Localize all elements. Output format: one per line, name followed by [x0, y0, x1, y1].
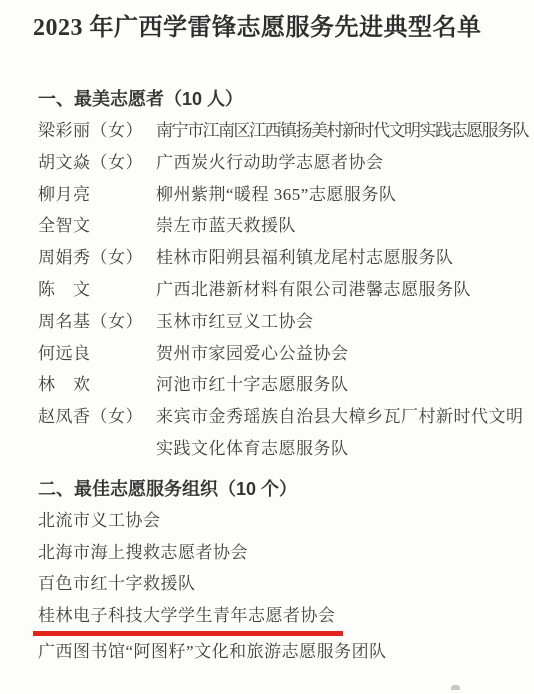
list-item: 百色市红十字救援队 [38, 568, 196, 600]
volunteer-organization: 广西北港新材料有限公司港馨志愿服务队 [156, 274, 471, 306]
volunteer-name: 胡文焱（女） [38, 147, 156, 179]
volunteer-organization: 广西炭火行动助学志愿者协会 [156, 147, 384, 179]
section2-heading: 二、最佳志愿服务组织（10 个） [38, 473, 534, 505]
table-row: 陈 文 广西北港新材料有限公司港馨志愿服务队 [38, 274, 534, 306]
volunteer-organization: 桂林市阳朔县福利镇龙尾村志愿服务队 [156, 242, 454, 274]
volunteer-organization: 河池市红十字志愿服务队 [156, 369, 349, 401]
volunteer-name: 何远良 [38, 338, 156, 370]
volunteer-name: 赵凤香（女） [38, 401, 156, 433]
highlighted-organization-label: 桂林电子科技大学学生青年志愿者协会 [38, 606, 336, 625]
volunteer-name: 柳月亮 [38, 179, 156, 211]
volunteer-roster: 梁彩丽（女） 南宁市江南区江西镇扬美村新时代文明实践志愿服务队 胡文焱（女） 广… [38, 115, 534, 465]
volunteer-organization: 玉林市红豆义工协会 [156, 306, 314, 338]
volunteer-organization-wrap-line: 实践文化体育志愿服务队 [156, 433, 534, 465]
volunteer-organization: 柳州紫荆“暖程 365”志愿服务队 [156, 179, 396, 211]
volunteer-name: 陈 文 [38, 274, 156, 306]
table-row: 柳月亮 柳州紫荆“暖程 365”志愿服务队 [38, 179, 534, 211]
volunteer-name: 梁彩丽（女） [38, 115, 156, 147]
list-item-highlighted: 桂林电子科技大学学生青年志愿者协会 [38, 600, 336, 632]
volunteer-organization: 来宾市金秀瑶族自治县大樟乡瓦厂村新时代文明 [156, 401, 524, 433]
table-row: 胡文焱（女） 广西炭火行动助学志愿者协会 [38, 147, 534, 179]
table-row: 赵凤香（女） 来宾市金秀瑶族自治县大樟乡瓦厂村新时代文明 [38, 401, 534, 433]
volunteer-organization: 崇左市蓝天救援队 [156, 210, 296, 242]
list-item: 北海市海上搜救志愿者协会 [38, 537, 248, 569]
volunteer-organization: 南宁市江南区江西镇扬美村新时代文明实践志愿服务队 [156, 115, 528, 147]
table-row: 林 欢 河池市红十字志愿服务队 [38, 369, 534, 401]
table-row: 何远良 贺州市家园爱心公益协会 [38, 338, 534, 370]
volunteer-name: 周娟秀（女） [38, 242, 156, 274]
table-row: 周名基（女） 玉林市红豆义工协会 [38, 306, 534, 338]
page-number-artifact [451, 685, 460, 690]
document-page: 2023 年广西学雷锋志愿服务先进典型名单 一、最美志愿者（10 人） 梁彩丽（… [0, 0, 534, 694]
volunteer-name: 全智文 [38, 210, 156, 242]
table-row: 梁彩丽（女） 南宁市江南区江西镇扬美村新时代文明实践志愿服务队 [38, 115, 534, 147]
table-row: 全智文 崇左市蓝天救援队 [38, 210, 534, 242]
volunteer-name: 周名基（女） [38, 306, 156, 338]
volunteer-name: 林 欢 [38, 369, 156, 401]
section1-heading: 一、最美志愿者（10 人） [38, 83, 534, 115]
organization-list: 北流市义工协会 北海市海上搜救志愿者协会 百色市红十字救援队 桂林电子科技大学学… [38, 505, 534, 668]
list-item: 北流市义工协会 [38, 505, 161, 537]
volunteer-organization: 贺州市家园爱心公益协会 [156, 338, 349, 370]
table-row: 周娟秀（女） 桂林市阳朔县福利镇龙尾村志愿服务队 [38, 242, 534, 274]
list-item: 广西图书馆“阿图籽”文化和旅游志愿服务团队 [38, 636, 387, 668]
page-title: 2023 年广西学雷锋志愿服务先进典型名单 [33, 13, 534, 43]
